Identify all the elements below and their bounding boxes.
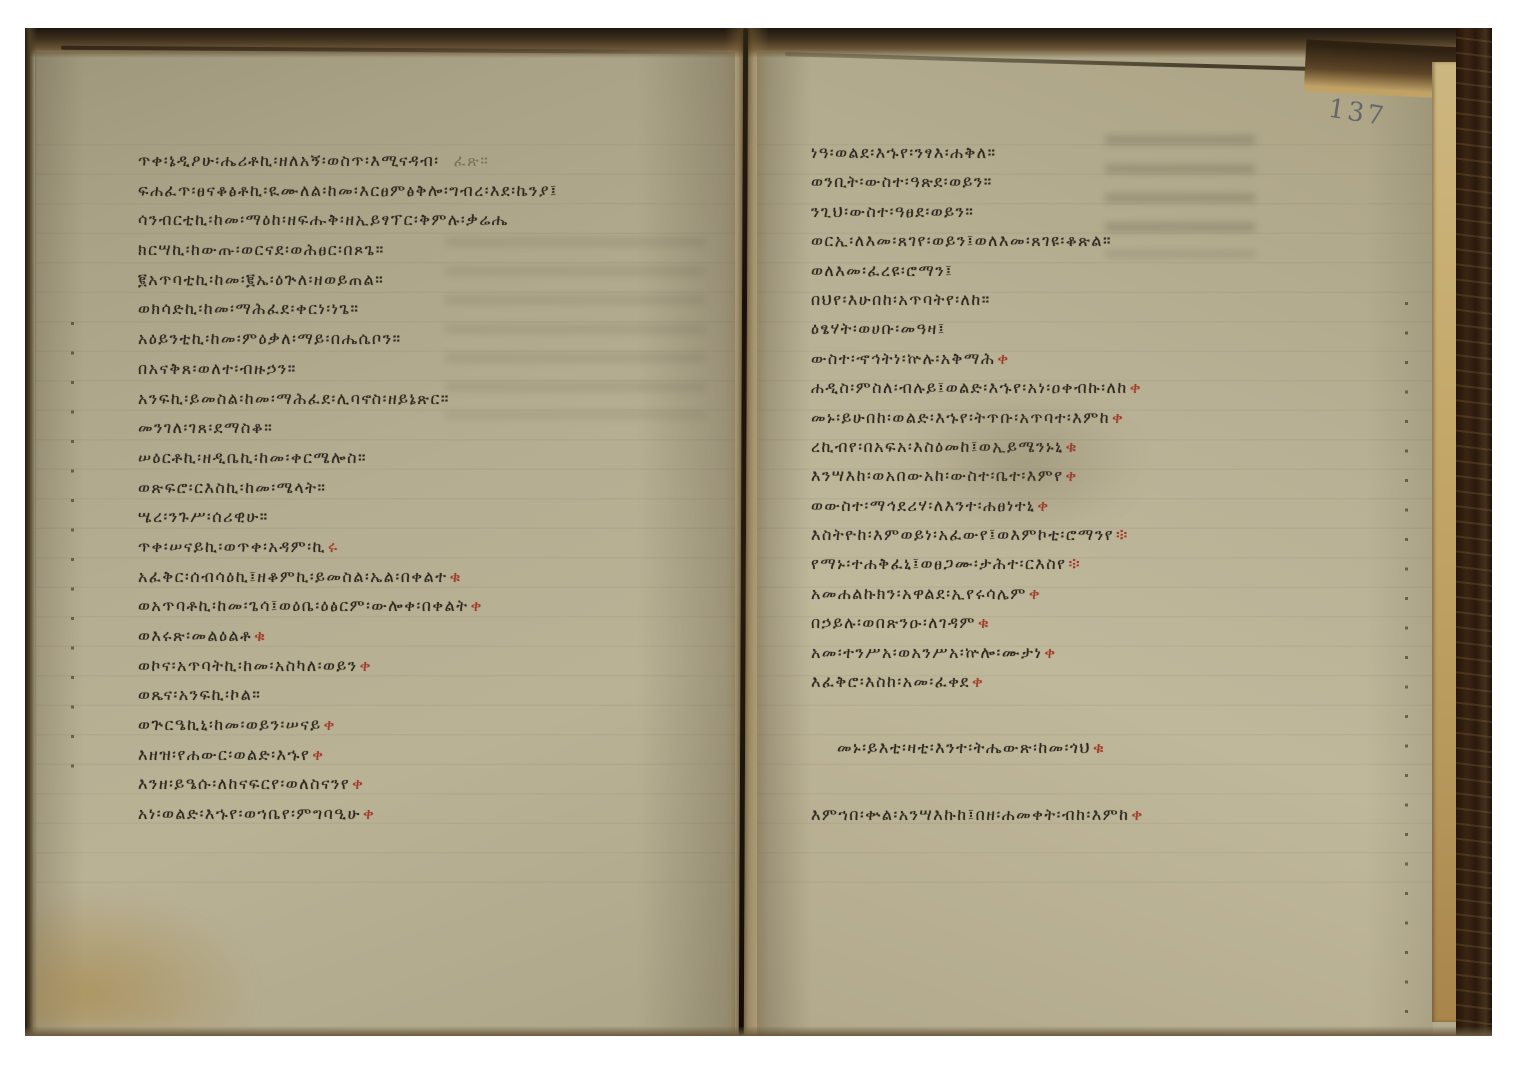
geez-text: ሳንብርቲኪ፡ከመ፡ማዕከ፡ዘፍሑቅ፡ዘኢይፃፕር፡ቅምሉ፡ቃሬሔ xyxy=(138,210,509,229)
geez-text: ውስተ፡ኆኅትነ፡ኵሉ፡አቅማሕ xyxy=(811,349,995,368)
geez-text: አንፍኪ፡ይመስል፡ከመ፡ማሕፈደ፡ሊባኖስ፡ዘይኔጽር። xyxy=(138,389,450,408)
geez-text: አፈቅር፡ሰብሳዕኪ፤ዘቆምኪ፡ይመስል፡ኤል፡በቀልተ xyxy=(138,567,448,586)
geez-text: መኑ፡ይሁበከ፡ወልድ፡እኁየ፡ትጥቡ፡አጥባተ፡እምከ xyxy=(811,408,1110,427)
text-line-right-3: ንጊህ፡ውስተ፡ዓፀደ፡ወይን። xyxy=(811,197,1144,226)
rubric-mark: ቀ xyxy=(997,349,1009,368)
book-left-edge xyxy=(25,28,37,1036)
geez-text: ጥቀ፡ኔዲዖሁ፡ሔሪቶኪ፡ዘለአኝ፡ወስጥ፡እሚናዳብ፡ xyxy=(138,151,440,170)
geez-text: ፍሐፈጥ፡ፀናቆፅቶኪ፡ዪሙለል፡ከመ፡እርፀምፅቅሎ፡ግብረ፡እደ፡ኬንያ፤ xyxy=(138,181,558,200)
pricking-holes-left xyxy=(71,322,74,782)
geez-text: በህየ፡እሁበከ፡አጥባትየ፡ለከ። xyxy=(811,290,991,309)
text-line-right-19: እፈቅሮ፡እስከ፡አመ፡ፈቀደቀ xyxy=(811,667,1144,696)
text-line-right-18: አመ፡ተንሥአ፡ወአንሥአ፡ኵሎ፡ሙታነቀ xyxy=(811,638,1144,667)
text-line-right-20: መኑ፡ይእቲ፡ዛቲ፡እንተ፡ትሔውጽ፡ከመ፡ጎህቁ xyxy=(811,733,1144,762)
text-line-right-5: ወለእመ፡ፈረዩ፡ሮማን፤ xyxy=(811,256,1144,285)
text-line-left-14: ጥቀ፡ሠናይኪ፡ወጥቀ፡አዳም፡ኪሩ xyxy=(138,532,558,562)
geez-text: እንሣእከ፡ወአበውአከ፡ውስተ፡ቤተ፡እምየ xyxy=(811,466,1064,485)
rubric-mark: ቀ xyxy=(324,715,336,734)
text-line-right-9: ሐዲስ፡ምስለ፡ብሉይ፤ወልድ፡እኁየ፡አነ፡ዐቀብኩ፡ለከቀ xyxy=(811,373,1144,402)
left-page: ጥቀ፡ኔዲዖሁ፡ሔሪቶኪ፡ዘለአኝ፡ወስጥ፡እሚናዳብ፡ፈጽ።ፍሐፈጥ፡ፀናቆፅ… xyxy=(35,52,735,1036)
text-line-left-1: ጥቀ፡ኔዲዖሁ፡ሔሪቶኪ፡ዘለአኝ፡ወስጥ፡እሚናዳብ፡ፈጽ። xyxy=(138,146,558,176)
rubric-mark: ቁ xyxy=(450,567,462,586)
leather-cover-edge xyxy=(1456,28,1492,1036)
geez-text: መንገለ፡ገጸ፡ደማስቆ። xyxy=(138,418,273,437)
geez-text: ክርሣኪ፡ከውጡ፡ወርናደ፡ወሕፀር፡በጾጌ። xyxy=(138,240,385,259)
rubric-mark: ቀ xyxy=(471,596,483,615)
geez-text: እፈቅሮ፡እስከ፡አመ፡ፈቀደ xyxy=(811,672,970,691)
right-page-text: ነዓ፡ወልደ፡እኁየ፡ንፃእ፡ሐቅለ።ወንቢት፡ውስተ፡ዓጽደ፡ወይን።ንጊህ፡… xyxy=(811,138,1144,829)
pricking-holes-right xyxy=(1405,302,1408,1022)
geez-text: እምኀበ፡ቍል፡አንሣእኩከ፤በዘ፡ሐመቀት፡ብከ፡እምከ xyxy=(811,805,1130,824)
geez-text: ነዓ፡ወልደ፡እኁየ፡ንፃእ፡ሐቅለ። xyxy=(811,143,997,162)
geez-text: ወኮና፡አጥባትኪ፡ከመ፡አስካለ፡ወይን xyxy=(138,656,358,675)
rubric-mark: ፨ xyxy=(1116,525,1129,544)
rubric-mark: ቀ xyxy=(312,745,324,764)
text-line-left-18: ወኮና፡አጥባትኪ፡ከመ፡አስካለ፡ወይንቀ xyxy=(138,651,558,681)
rubric-mark: ቀ xyxy=(972,672,984,691)
text-line-left-13: ሤረ፡ንጉሥ፡ሰሪዊሁ። xyxy=(138,502,558,532)
text-line-right-1: ነዓ፡ወልደ፡እኁየ፡ንፃእ፡ሐቅለ። xyxy=(811,138,1144,167)
text-line-left-20: ወጕርዔኪኒ፡ከመ፡ወይን፡ሠናይቀ xyxy=(138,710,558,740)
rubric-mark: ሩ xyxy=(328,537,339,556)
geez-text: እስትዮከ፡እምወይነ፡አፈውየ፤ወእምኮቲ፡ሮማንየ xyxy=(811,525,1114,544)
geez-text: አነ፡ወልድ፡እኁየ፡ወኀቤየ፡ምግባዒሁ xyxy=(138,804,361,823)
text-line-left-23: አነ፡ወልድ፡እኁየ፡ወኀቤየ፡ምግባዒሁቀ xyxy=(138,799,558,829)
geez-text: እዘዝ፡የሐውር፡ወልድ፡እኁየ xyxy=(138,745,310,764)
rubric-mark: ቀ xyxy=(1130,378,1142,397)
geez-text: ጥቀ፡ሠናይኪ፡ወጥቀ፡አዳም፡ኪ xyxy=(138,537,326,556)
rubric-mark: ፨ xyxy=(1068,554,1081,573)
rubric-mark: ቀ xyxy=(1044,643,1056,662)
geez-text: ዕፄሃት፡ወሀቡ፡መዓዛ፤ xyxy=(811,319,946,338)
geez-text: አዕይንቲኪ፡ከመ፡ምዕቃለ፡ማይ፡በሔሴቦን። xyxy=(138,329,402,348)
geez-text: ረኪብየ፡በአፍአ፡እስዕመከ፤ወኢይሜንኑኒ xyxy=(811,437,1064,456)
text-line-right-12: እንሣእከ፡ወአበውአከ፡ውስተ፡ቤተ፡እምየቀ xyxy=(811,461,1144,490)
text-line-right-16: አመሐልኩክን፡አዋልደ፡ኢየሩሳሌምቀ xyxy=(811,579,1144,608)
geez-text: ወርኢ፡ለእመ፡ጸገየ፡ወይን፤ወለእመ፡ጸገዩ፡ቆጽል። xyxy=(811,231,1112,250)
text-line-right-4: ወርኢ፡ለእመ፡ጸገየ፡ወይን፤ወለእመ፡ጸገዩ፡ቆጽል። xyxy=(811,226,1144,255)
geez-text: በኃይሉ፡ወበጽንዑ፡ለገዳም xyxy=(811,613,976,632)
rubric-mark: ቀ xyxy=(1112,408,1124,427)
geez-text: ሐዲስ፡ምስለ፡ብሉይ፤ወልድ፡እኁየ፡አነ፡ዐቀብኩ፡ለከ xyxy=(811,378,1128,397)
text-line-right-17: በኃይሉ፡ወበጽንዑ፡ለገዳምቁ xyxy=(811,608,1144,637)
geez-text: አመሐልኩክን፡አዋልደ፡ኢየሩሳሌም xyxy=(811,584,1027,603)
text-line-right-8: ውስተ፡ኆኅትነ፡ኵሉ፡አቅማሕቀ xyxy=(811,344,1144,373)
rubric-mark: ቀ xyxy=(360,656,372,675)
verso-showthrough xyxy=(445,238,705,418)
text-line-right-11: ረኪብየ፡በአፍአ፡እስዕመከ፤ወኢይሜንኑኒቁ xyxy=(811,432,1144,461)
geez-text: ወለእመ፡ፈረዩ፡ሮማን፤ xyxy=(811,261,953,280)
geez-text: ሤረ፡ንጉሥ፡ሰሪዊሁ። xyxy=(138,507,269,526)
rubric-mark: ቀ xyxy=(1029,584,1041,603)
geez-text: ወእሩጽ፡መልዕልቶ xyxy=(138,626,252,645)
rubric-mark: ቀ xyxy=(363,804,375,823)
geez-text: ወጕርዔኪኒ፡ከመ፡ወይን፡ሠናይ xyxy=(138,715,322,734)
text-line-left-22: እንዘ፡ይዔሱ፡ለከናፍርየ፡ወለስናንየቀ xyxy=(138,769,558,799)
geez-text: ንጊህ፡ውስተ፡ዓፀደ፡ወይን። xyxy=(811,202,974,221)
faded-text: ፈጽ። xyxy=(454,151,490,170)
rubric-mark: ቁ xyxy=(1066,437,1078,456)
text-line-left-3: ሳንብርቲኪ፡ከመ፡ማዕከ፡ዘፍሑቅ፡ዘኢይፃፕር፡ቅምሉ፡ቃሬሔ xyxy=(138,205,558,235)
text-line-right-21: እምኀበ፡ቍል፡አንሣእኩከ፤በዘ፡ሐመቀት፡ብከ፡እምከቀ xyxy=(811,800,1144,829)
geez-text: የማኑ፡ተሐቅፈኒ፤ወፀጋሙ፡ታሕተ፡ርእስየ xyxy=(811,554,1066,573)
text-line-right-10: መኑ፡ይሁበከ፡ወልድ፡እኁየ፡ትጥቡ፡አጥባተ፡እምከቀ xyxy=(811,403,1144,432)
text-line-left-2: ፍሐፈጥ፡ፀናቆፅቶኪ፡ዪሙለል፡ከመ፡እርፀምፅቅሎ፡ግብረ፡እደ፡ኬንያ፤ xyxy=(138,176,558,206)
verso-showthrough xyxy=(1105,136,1255,256)
rubric-mark: ቀ xyxy=(352,774,364,793)
text-line-left-12: ወጽፍሮ፡ርእስኪ፡ከመ፡ሜላት። xyxy=(138,473,558,503)
rubric-mark: ቁ xyxy=(1093,738,1105,757)
fore-edge-pages xyxy=(1432,62,1458,1022)
geez-text: ወጽፍሮ፡ርእስኪ፡ከመ፡ሜላት። xyxy=(138,478,326,497)
rubric-mark: ቁ xyxy=(978,613,990,632)
geez-text: ወውስተ፡ማኅደሪሃ፡ለእንተ፡ሐፀነተኒ xyxy=(811,496,1035,515)
geez-text: በአናቅጸ፡ወለተ፡ብዙኃን። xyxy=(138,359,297,378)
text-line-left-21: እዘዝ፡የሐውር፡ወልድ፡እኁየቀ xyxy=(138,740,558,770)
right-page: ነዓ፡ወልደ፡እኁየ፡ንፃእ፡ሐቅለ።ወንቢት፡ውስተ፡ዓጽደ፡ወይን።ንጊህ፡… xyxy=(757,52,1433,1036)
geez-text: ፪አጥባቲኪ፡ከመ፡፪ኤ፡ዕጕለ፡ዘወይጠል። xyxy=(138,270,384,289)
geez-text: ወጼና፡አንፍኪ፡ኮል። xyxy=(138,685,261,704)
rubric-mark: ቁ xyxy=(254,626,266,645)
geez-text: ወክሳድኪ፡ከመ፡ማሕፈደ፡ቀርነ፡ነጌ። xyxy=(138,299,359,318)
text-line-left-16: ወአጥባቶኪ፡ከመ፡ጌሳ፤ወዕቤ፡ዕፅርም፡ውሎቀ፡በቀልትቀ xyxy=(138,591,558,621)
book-bottom-edge xyxy=(25,1026,1492,1036)
text-line-left-17: ወእሩጽ፡መልዕልቶቁ xyxy=(138,621,558,651)
geez-text: ሠዕርቶኪ፡ዘዲቤኪ፡ከመ፡ቀርሜሎስ። xyxy=(138,448,367,467)
rubric-mark: ቀ xyxy=(1066,466,1078,485)
geez-text: መኑ፡ይእቲ፡ዛቲ፡እንተ፡ትሔውጽ፡ከመ፡ጎህ xyxy=(837,738,1091,757)
rubric-mark: ቀ xyxy=(1132,805,1144,824)
text-line-right-15: የማኑ፡ተሐቅፈኒ፤ወፀጋሙ፡ታሕተ፡ርእስየ፨ xyxy=(811,549,1144,578)
text-line-right-2: ወንቢት፡ውስተ፡ዓጽደ፡ወይን። xyxy=(811,167,1144,196)
text-line-left-15: አፈቅር፡ሰብሳዕኪ፤ዘቆምኪ፡ይመስል፡ኤል፡በቀልተቁ xyxy=(138,562,558,592)
geez-text: ወንቢት፡ውስተ፡ዓጽደ፡ወይን። xyxy=(811,172,993,191)
text-line-right-14: እስትዮከ፡እምወይነ፡አፈውየ፤ወእምኮቲ፡ሮማንየ፨ xyxy=(811,520,1144,549)
text-line-left-11: ሠዕርቶኪ፡ዘዲቤኪ፡ከመ፡ቀርሜሎስ። xyxy=(138,443,558,473)
manuscript-photo: ጥቀ፡ኔዲዖሁ፡ሔሪቶኪ፡ዘለአኝ፡ወስጥ፡እሚናዳብ፡ፈጽ።ፍሐፈጥ፡ፀናቆፅ… xyxy=(25,28,1492,1036)
text-line-right-7: ዕፄሃት፡ወሀቡ፡መዓዛ፤ xyxy=(811,314,1144,343)
geez-text: እንዘ፡ይዔሱ፡ለከናፍርየ፡ወለስናንየ xyxy=(138,774,350,793)
text-line-right-13: ወውስተ፡ማኅደሪሃ፡ለእንተ፡ሐፀነተኒቀ xyxy=(811,491,1144,520)
rubric-mark: ቀ xyxy=(1037,496,1049,515)
geez-text: አመ፡ተንሥአ፡ወአንሥአ፡ኵሎ፡ሙታነ xyxy=(811,643,1042,662)
text-line-left-19: ወጼና፡አንፍኪ፡ኮል። xyxy=(138,680,558,710)
geez-text: ወአጥባቶኪ፡ከመ፡ጌሳ፤ወዕቤ፡ዕፅርም፡ውሎቀ፡በቀልት xyxy=(138,596,469,615)
text-line-right-6: በህየ፡እሁበከ፡አጥባትየ፡ለከ። xyxy=(811,285,1144,314)
